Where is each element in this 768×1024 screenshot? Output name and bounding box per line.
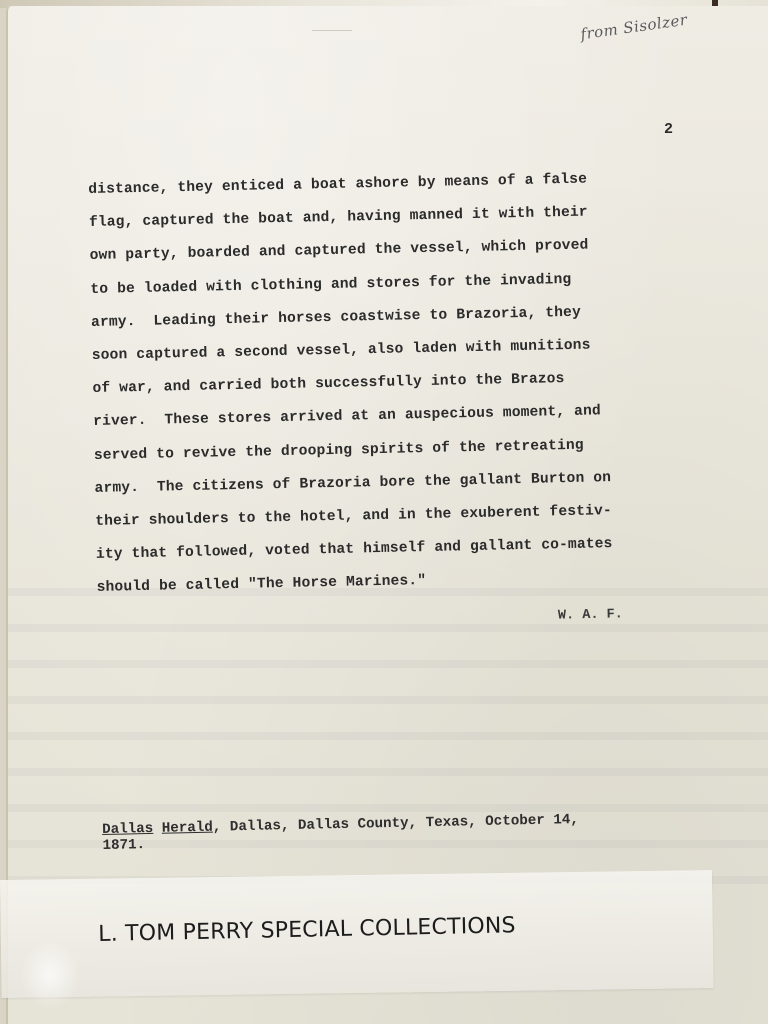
body-paragraph: distance, they enticed a boat ashore by …	[88, 161, 697, 605]
author-initials: W. A. F.	[558, 607, 623, 623]
newspaper-name-part1: Dallas	[102, 821, 153, 838]
light-glare	[20, 940, 80, 1010]
page-number: 2	[664, 121, 673, 138]
newspaper-name-part2: Herald	[162, 820, 213, 837]
faint-mark	[312, 20, 352, 31]
